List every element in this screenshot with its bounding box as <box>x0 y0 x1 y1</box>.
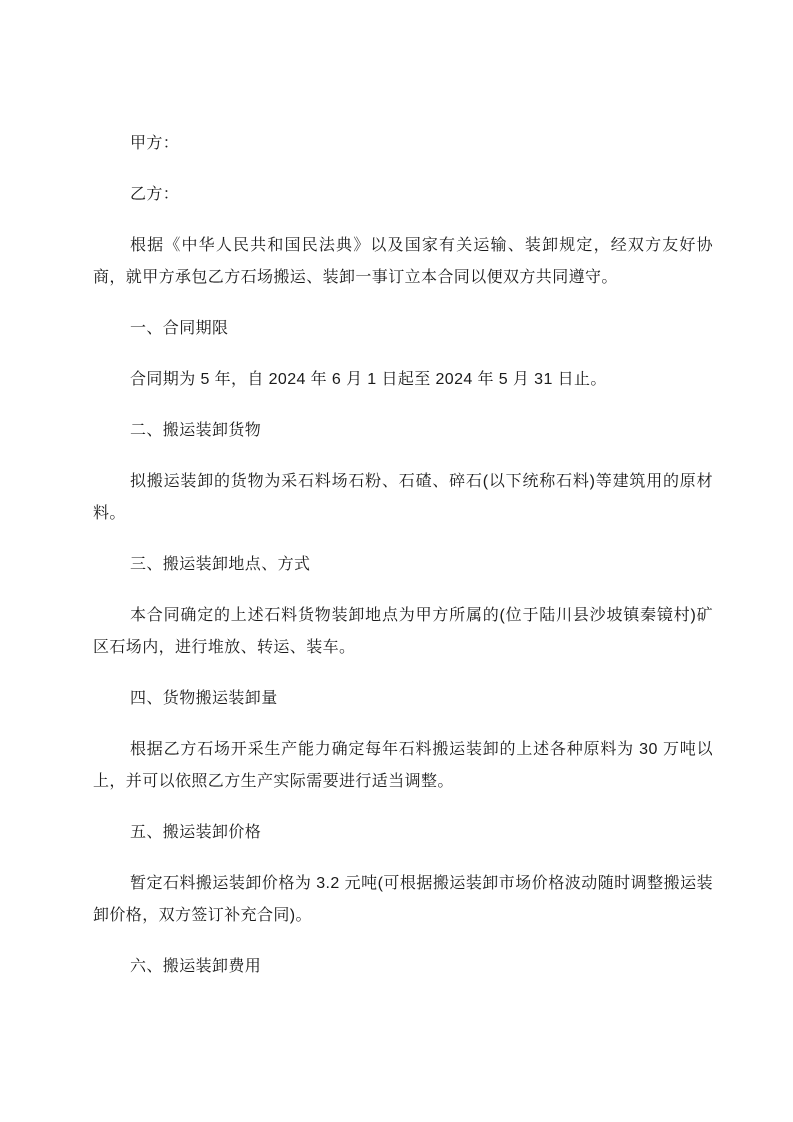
contract-page: 甲方：乙方：根据《中华人民共和国民法典》以及国家有关运输、装卸规定，经双方友好协… <box>0 0 793 1122</box>
preamble: 根据《中华人民共和国民法典》以及国家有关运输、装卸规定，经双方友好协商，就甲方承… <box>93 230 713 294</box>
section-5-body: 暂定石料搬运装卸价格为 3.2 元吨(可根据搬运装卸市场价格波动随时调整搬运装卸… <box>93 868 713 932</box>
section-6-heading: 六、搬运装卸费用 <box>93 951 713 983</box>
section-1-body: 合同期为 5 年，自 2024 年 6 月 1 日起至 2024 年 5 月 3… <box>93 364 713 396</box>
section-5-heading: 五、搬运装卸价格 <box>93 817 713 849</box>
section-4-heading: 四、货物搬运装卸量 <box>93 683 713 715</box>
party-a-line: 甲方： <box>93 128 713 160</box>
section-3-heading: 三、搬运装卸地点、方式 <box>93 549 713 581</box>
section-1-heading: 一、合同期限 <box>93 313 713 345</box>
party-b-line: 乙方： <box>93 179 713 211</box>
section-2-heading: 二、搬运装卸货物 <box>93 415 713 447</box>
section-2-body: 拟搬运装卸的货物为采石料场石粉、石碴、碎石(以下统称石料)等建筑用的原材料。 <box>93 466 713 530</box>
section-4-body: 根据乙方石场开采生产能力确定每年石料搬运装卸的上述各种原料为 30 万吨以上，并… <box>93 734 713 798</box>
section-3-body: 本合同确定的上述石料货物装卸地点为甲方所属的(位于陆川县沙坡镇秦镜村)矿区石场内… <box>93 600 713 664</box>
